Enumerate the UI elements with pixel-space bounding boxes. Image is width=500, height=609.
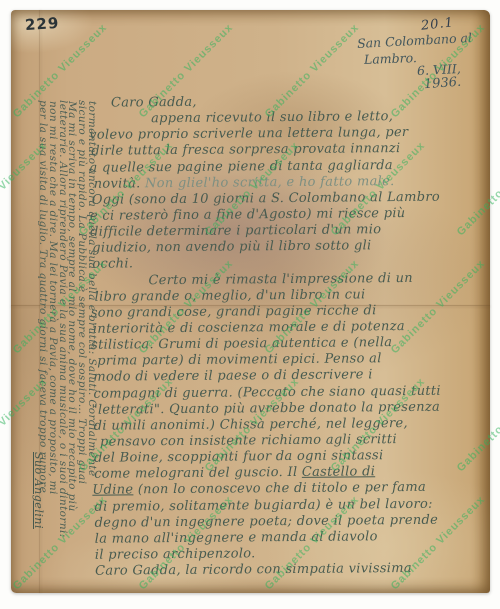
body-text: a quelle sue pagine piene di tanta gagli… [89,158,393,176]
body-text: e ci resterò fino a fine d'Agosto) mi ri… [90,206,406,224]
archive-watermark: Gabinetto Vieusseux [0,0,49,2]
body-text: difficile determinare i particolari d'un… [90,222,381,240]
body-text: Certo mi è rimasta l'impressione di un [148,270,413,287]
margin-line: tormentato ancora quella sua bella e bru… [86,101,97,601]
underlined-text: Udine [92,483,133,498]
body-line: degno d'un ingegnere poeta; dove il poet… [93,512,493,532]
archive-page-number: 229 [24,14,59,34]
place-line-2: Lambro. [364,50,417,67]
body-text: (non lo conoscevo che di titolo e per fa… [133,480,426,498]
body-text: compagni di guerra. (Peccato che siano q… [93,383,440,401]
body-text: volevo proprio scriverle una lettera lun… [89,125,408,143]
body-text: modo di vedere il paese o di descrivere … [93,368,372,385]
body-text: occhi. [92,257,133,272]
scanned-letter: 229 20.1 San Colombano al Lambro. 6. VII… [0,0,500,609]
archive-watermark: Gabinetto Vieusseux [455,0,500,2]
body-text: di umili anonimi.) Chissà perché, nel le… [94,416,408,434]
body-text: Caro Gadda, la ricordo con simpatia vivi… [95,561,412,579]
place-line-1: San Colombano al [357,30,473,51]
letter-paper: 229 20.1 San Colombano al Lambro. 6. VII… [11,10,490,593]
archive-watermark: Gabinetto Vieusseux [203,0,302,2]
body-text: Oggi (sono da 10 giorni a S. Colombano a… [92,190,440,208]
body-text: appena ricevuto il suo libro e letto, [151,109,393,126]
underlined-text: Castello di [302,465,375,481]
body-text: di premio, solitamente bugiarda) è un be… [94,496,432,514]
body-text: giudizio, non avendo più il libro sotto … [92,239,371,256]
body-text: interiorità e di coscienza morale e di p… [93,319,405,337]
body-text: Non gliel'ho scritta, e ho fatto male. [145,174,395,191]
body-text: del Boine, scoppianti fuor da ogni sinta… [94,448,383,466]
body-text: Caro Gadda, [111,95,197,111]
body-text: dirle tutta la fresca sorpresa provata i… [91,141,400,159]
body-text: "letterati". Quanto più avrebbe donato l… [92,399,441,417]
body-text: pensavo con insistente richiamo agli scr… [100,432,397,450]
body-text: il preciso archipenzolo. [95,546,256,562]
date-line-2: 1936. [424,75,462,93]
body-text: come melograni del guscio. Il [94,465,302,482]
archive-watermark: Gabinetto Vieusseux [77,0,176,2]
body-text: degno d'un ingegnere poeta; dove il poet… [95,512,439,530]
body-text: sono grandi cose, grandi pagine ricche d… [91,303,377,320]
body-text: novità. [94,176,145,191]
body-text: stilistica. Grumi di poesia autentica e … [91,335,392,353]
body-text: la mano all'ingegnere e manda al diavolo [95,529,378,546]
letter-body: Caro Gadda,appena ricevuto il suo libro … [89,92,493,580]
body-line: Oggi (sono da 10 giorni a S. Colombano a… [90,189,490,209]
body-line: Caro Gadda, la ricordo con simpatia vivi… [93,560,493,580]
body-text: libro grande o, meglio, d'un libro in cu… [95,287,366,304]
archive-watermark: Gabinetto Vieusseux [329,0,428,2]
body-text: prima parte) di movimenti epici. Penso a… [97,351,382,368]
